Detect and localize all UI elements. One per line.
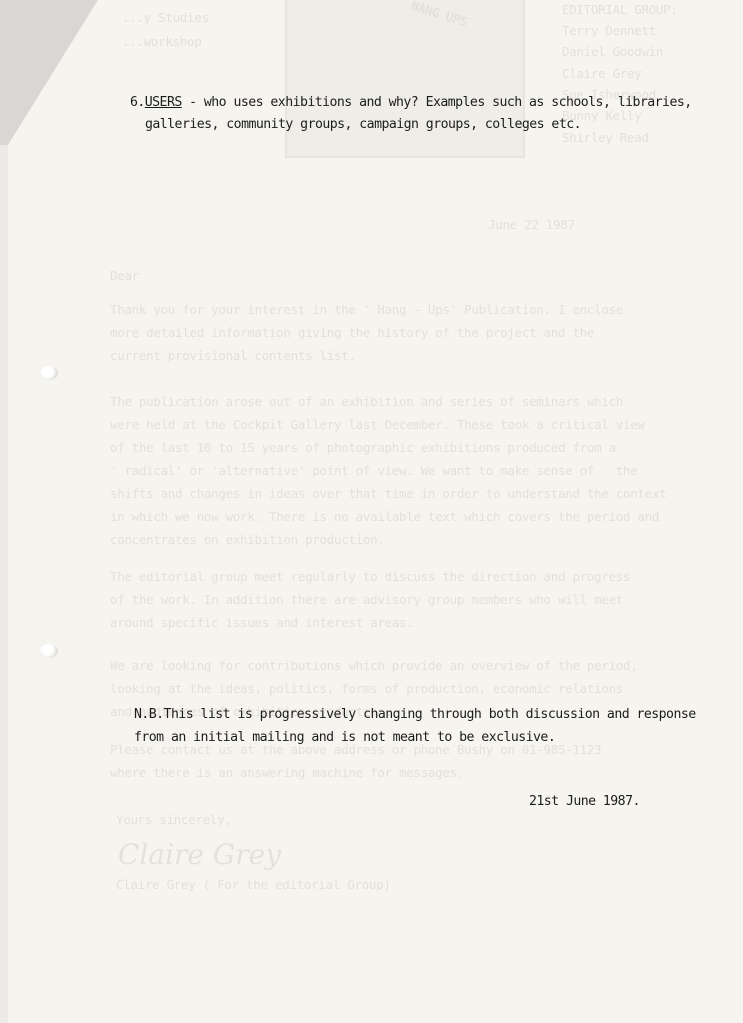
- item-number: 6.: [130, 95, 145, 110]
- document-page: HANG UPS ...y Studies ...workshop EDITOR…: [0, 0, 743, 1023]
- bleed-line: around specific issues and interest area…: [110, 617, 413, 630]
- signature-bleed: Claire Grey: [118, 838, 281, 871]
- note-line-1: N.B.This list is progressively changing …: [134, 708, 696, 721]
- bleed-line: The editorial group meet regularly to di…: [110, 571, 630, 584]
- item-heading: USERS: [145, 95, 182, 110]
- document-date: 21st June 1987.: [529, 795, 640, 808]
- bleed-line: Dear: [110, 270, 139, 283]
- bleed-line: EDITORIAL GROUP:: [562, 4, 678, 17]
- bleed-line: Shirley Read: [562, 132, 649, 145]
- bleed-line: The publication arose out of an exhibiti…: [110, 396, 623, 409]
- bleed-line: of the last 10 to 15 years of photograph…: [110, 442, 616, 455]
- bleed-line: ' radical' or 'alternative' point of vie…: [110, 465, 637, 478]
- bleed-line: more detailed information giving the his…: [110, 327, 594, 340]
- item-6-line-1: 6.USERS - who uses exhibitions and why? …: [130, 96, 692, 109]
- punch-hole: [40, 644, 58, 658]
- bleed-line: concentrates on exhibition production.: [110, 534, 385, 547]
- note-line-2: from an initial mailing and is not meant…: [134, 731, 555, 744]
- punch-hole: [40, 366, 58, 380]
- item-6-line-2: galleries, community groups, campaign gr…: [145, 118, 581, 131]
- bleed-line: current provisional contents list.: [110, 350, 356, 363]
- bleed-line: ...workshop: [122, 36, 201, 49]
- bleed-line: where there is an answering machine for …: [110, 767, 464, 780]
- bleed-line: ...y Studies: [122, 12, 209, 25]
- bleed-line: Terry Dennett: [562, 25, 656, 38]
- bleed-line: Claire Grey: [562, 68, 641, 81]
- bleed-line: shifts and changes in ideas over that ti…: [110, 488, 666, 501]
- bleed-line: looking at the ideas, politics, forms of…: [110, 683, 623, 696]
- bleed-line: Yours sincerely,: [116, 814, 232, 827]
- bleed-line: in which we now work. There is no availa…: [110, 511, 659, 524]
- item-text: - who uses exhibitions and why? Examples…: [182, 95, 692, 110]
- bleed-line: Claire Grey ( For the editorial Group): [116, 879, 391, 892]
- bleed-line: We are looking for contributions which p…: [110, 660, 637, 673]
- bleed-line: of the work. In addition there are advis…: [110, 594, 623, 607]
- bleed-line: Please contact us at the above address o…: [110, 744, 601, 757]
- logo-bleed: [285, 0, 525, 158]
- bleed-line: Thank you for your interest in the ' Han…: [110, 304, 623, 317]
- bleed-line: were held at the Cockpit Gallery last De…: [110, 419, 645, 432]
- bleed-line: June 22 1987: [488, 219, 575, 232]
- bleed-line: Daniel Goodwin: [562, 46, 663, 59]
